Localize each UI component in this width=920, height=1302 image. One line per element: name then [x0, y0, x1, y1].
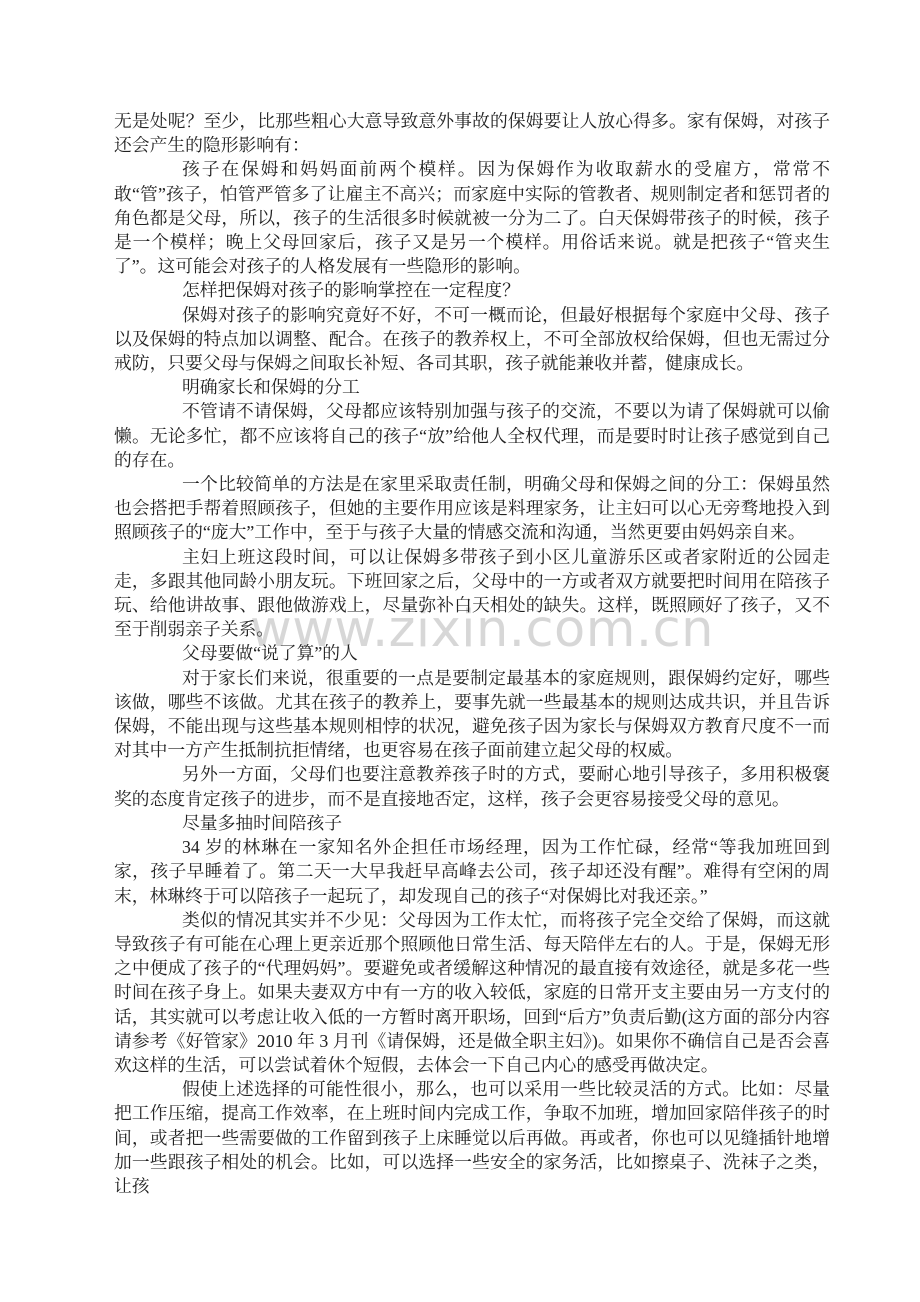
paragraph-continuation: 无是处呢？至少，比那些粗心大意导致意外事故的保姆要让人放心得多。家有保姆，对孩子… — [114, 109, 830, 157]
paragraph: 类似的情况其实并不少见：父母因为工作太忙，而将孩子完全交给了保姆，而这就导致孩子… — [114, 908, 830, 1077]
section-heading-spend-time: 尽量多抽时间陪孩子 — [114, 811, 830, 835]
paragraph: 孩子在保姆和妈妈面前两个模样。因为保姆作为收取薪水的受雇方，常常不敢“管”孩子，… — [114, 157, 830, 278]
paragraph: 34 岁的林琳在一家知名外企担任市场经理，因为工作忙碌，经常“等我加班回到家，孩… — [114, 835, 830, 908]
paragraph: 假使上述选择的可能性很小，那么，也可以采用一些比较灵活的方式。比如：尽量把工作压… — [114, 1077, 830, 1198]
question-line: 怎样把保姆对孩子的影响掌控在一定程度？ — [114, 278, 830, 302]
paragraph: 另外一方面，父母们也要注意教养孩子时的方式，要耐心地引导孩子，多用积极褒奖的态度… — [114, 762, 830, 810]
paragraph: 不管请不请保姆，父母都应该特别加强与孩子的交流，不要以为请了保姆就可以偷懒。无论… — [114, 399, 830, 472]
section-heading-parents-decide: 父母要做“说了算”的人 — [114, 641, 830, 665]
paragraph: 对于家长们来说，很重要的一点是要制定最基本的家庭规则，跟保姆约定好，哪些该做，哪… — [114, 666, 830, 763]
section-heading-division-of-labor: 明确家长和保姆的分工 — [114, 375, 830, 399]
paragraph: 主妇上班这段时间，可以让保姆多带孩子到小区儿童游乐区或者家附近的公园走走，多跟其… — [114, 545, 830, 642]
document-body: 无是处呢？至少，比那些粗心大意导致意外事故的保姆要让人放心得多。家有保姆，对孩子… — [114, 109, 830, 1198]
paragraph: 保姆对孩子的影响究竟好不好，不可一概而论，但最好根据每个家庭中父母、孩子以及保姆… — [114, 303, 830, 376]
paragraph: 一个比较简单的方法是在家里采取责任制，明确父母和保姆之间的分工：保姆虽然也会搭把… — [114, 472, 830, 545]
document-page: www.zixin.com.cn 无是处呢？至少，比那些粗心大意导致意外事故的保… — [0, 0, 920, 1302]
